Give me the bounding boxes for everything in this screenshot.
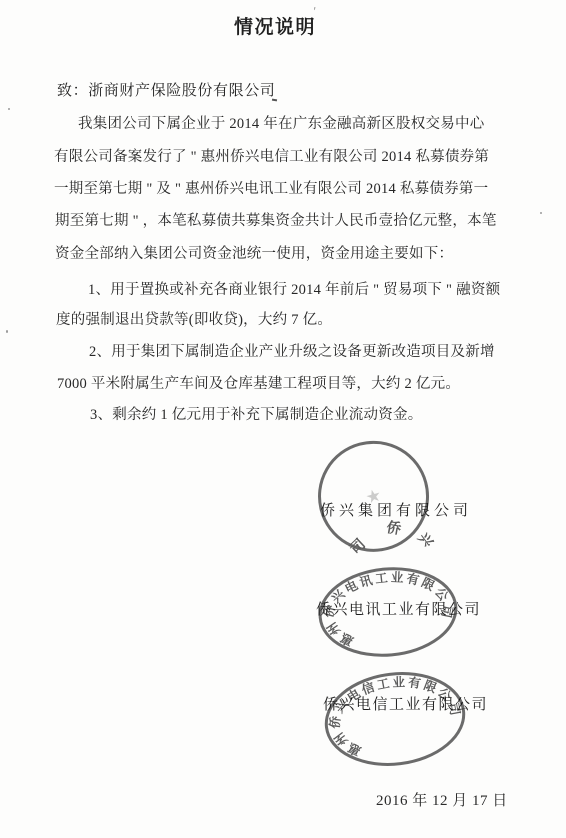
seal-qiaoxing-group: 侨兴集团有限公司 ★ (300, 424, 451, 572)
scan-speck (8, 108, 10, 110)
body-line: 期至第七期 " ，本笔私募债共募集资金共计人民币壹拾亿元整，本笔 (55, 209, 497, 230)
scan-speck (540, 212, 542, 214)
body-line: 1、用于置换或补充各商业银行 2014 年前后 " 贸易项下 " 融资额 (88, 278, 500, 299)
scan-speck (6, 330, 8, 333)
seal-qiaoxing-dianxun: 惠州侨兴电讯工业有限公司 (311, 558, 465, 666)
body-line: 2、用于集团下属制造企业产业升级之设备更新改造项目及新增 (89, 340, 495, 361)
salutation-line: 致：浙商财产保险股份有限公司 (57, 79, 275, 100)
body-line: 3、剩余约 1 亿元用于补充下属制造企业流动资金。 (90, 403, 423, 424)
body-line: 一期至第七期 " 及 " 惠州侨兴电讯工业有限公司 2014 私募债券第一 (54, 177, 488, 198)
body-line: 有限公司备案发行了 " 惠州侨兴电信工业有限公司 2014 私募债券第 (54, 145, 489, 166)
seal-qiaoxing-dianxin: 惠州侨兴电信工业有限公司 (315, 660, 474, 777)
body-line: 资金全部纳入集团公司资金池统一使用，资金用途主要如下： (55, 242, 453, 263)
document-date: 2016 年 12 月 17 日 (376, 789, 508, 810)
body-line: 我集团公司下属企业于 2014 年在广东金融高新区股权交易中心 (78, 112, 485, 133)
body-line: 度的强制退出贷款等(即收贷)，大约 7 亿。 (56, 308, 332, 329)
scanned-document-page: 情况说明 ' 致：浙商财产保险股份有限公司 我集团公司下属企业于 2014 年在… (0, 0, 566, 838)
document-title: 情况说明 (234, 12, 316, 39)
star-icon: ★ (365, 488, 383, 507)
scan-artifact-dash (272, 99, 277, 102)
body-line: 7000 平米附属生产车间及仓库基建工程项目等，大约 2 亿元。 (57, 372, 460, 393)
